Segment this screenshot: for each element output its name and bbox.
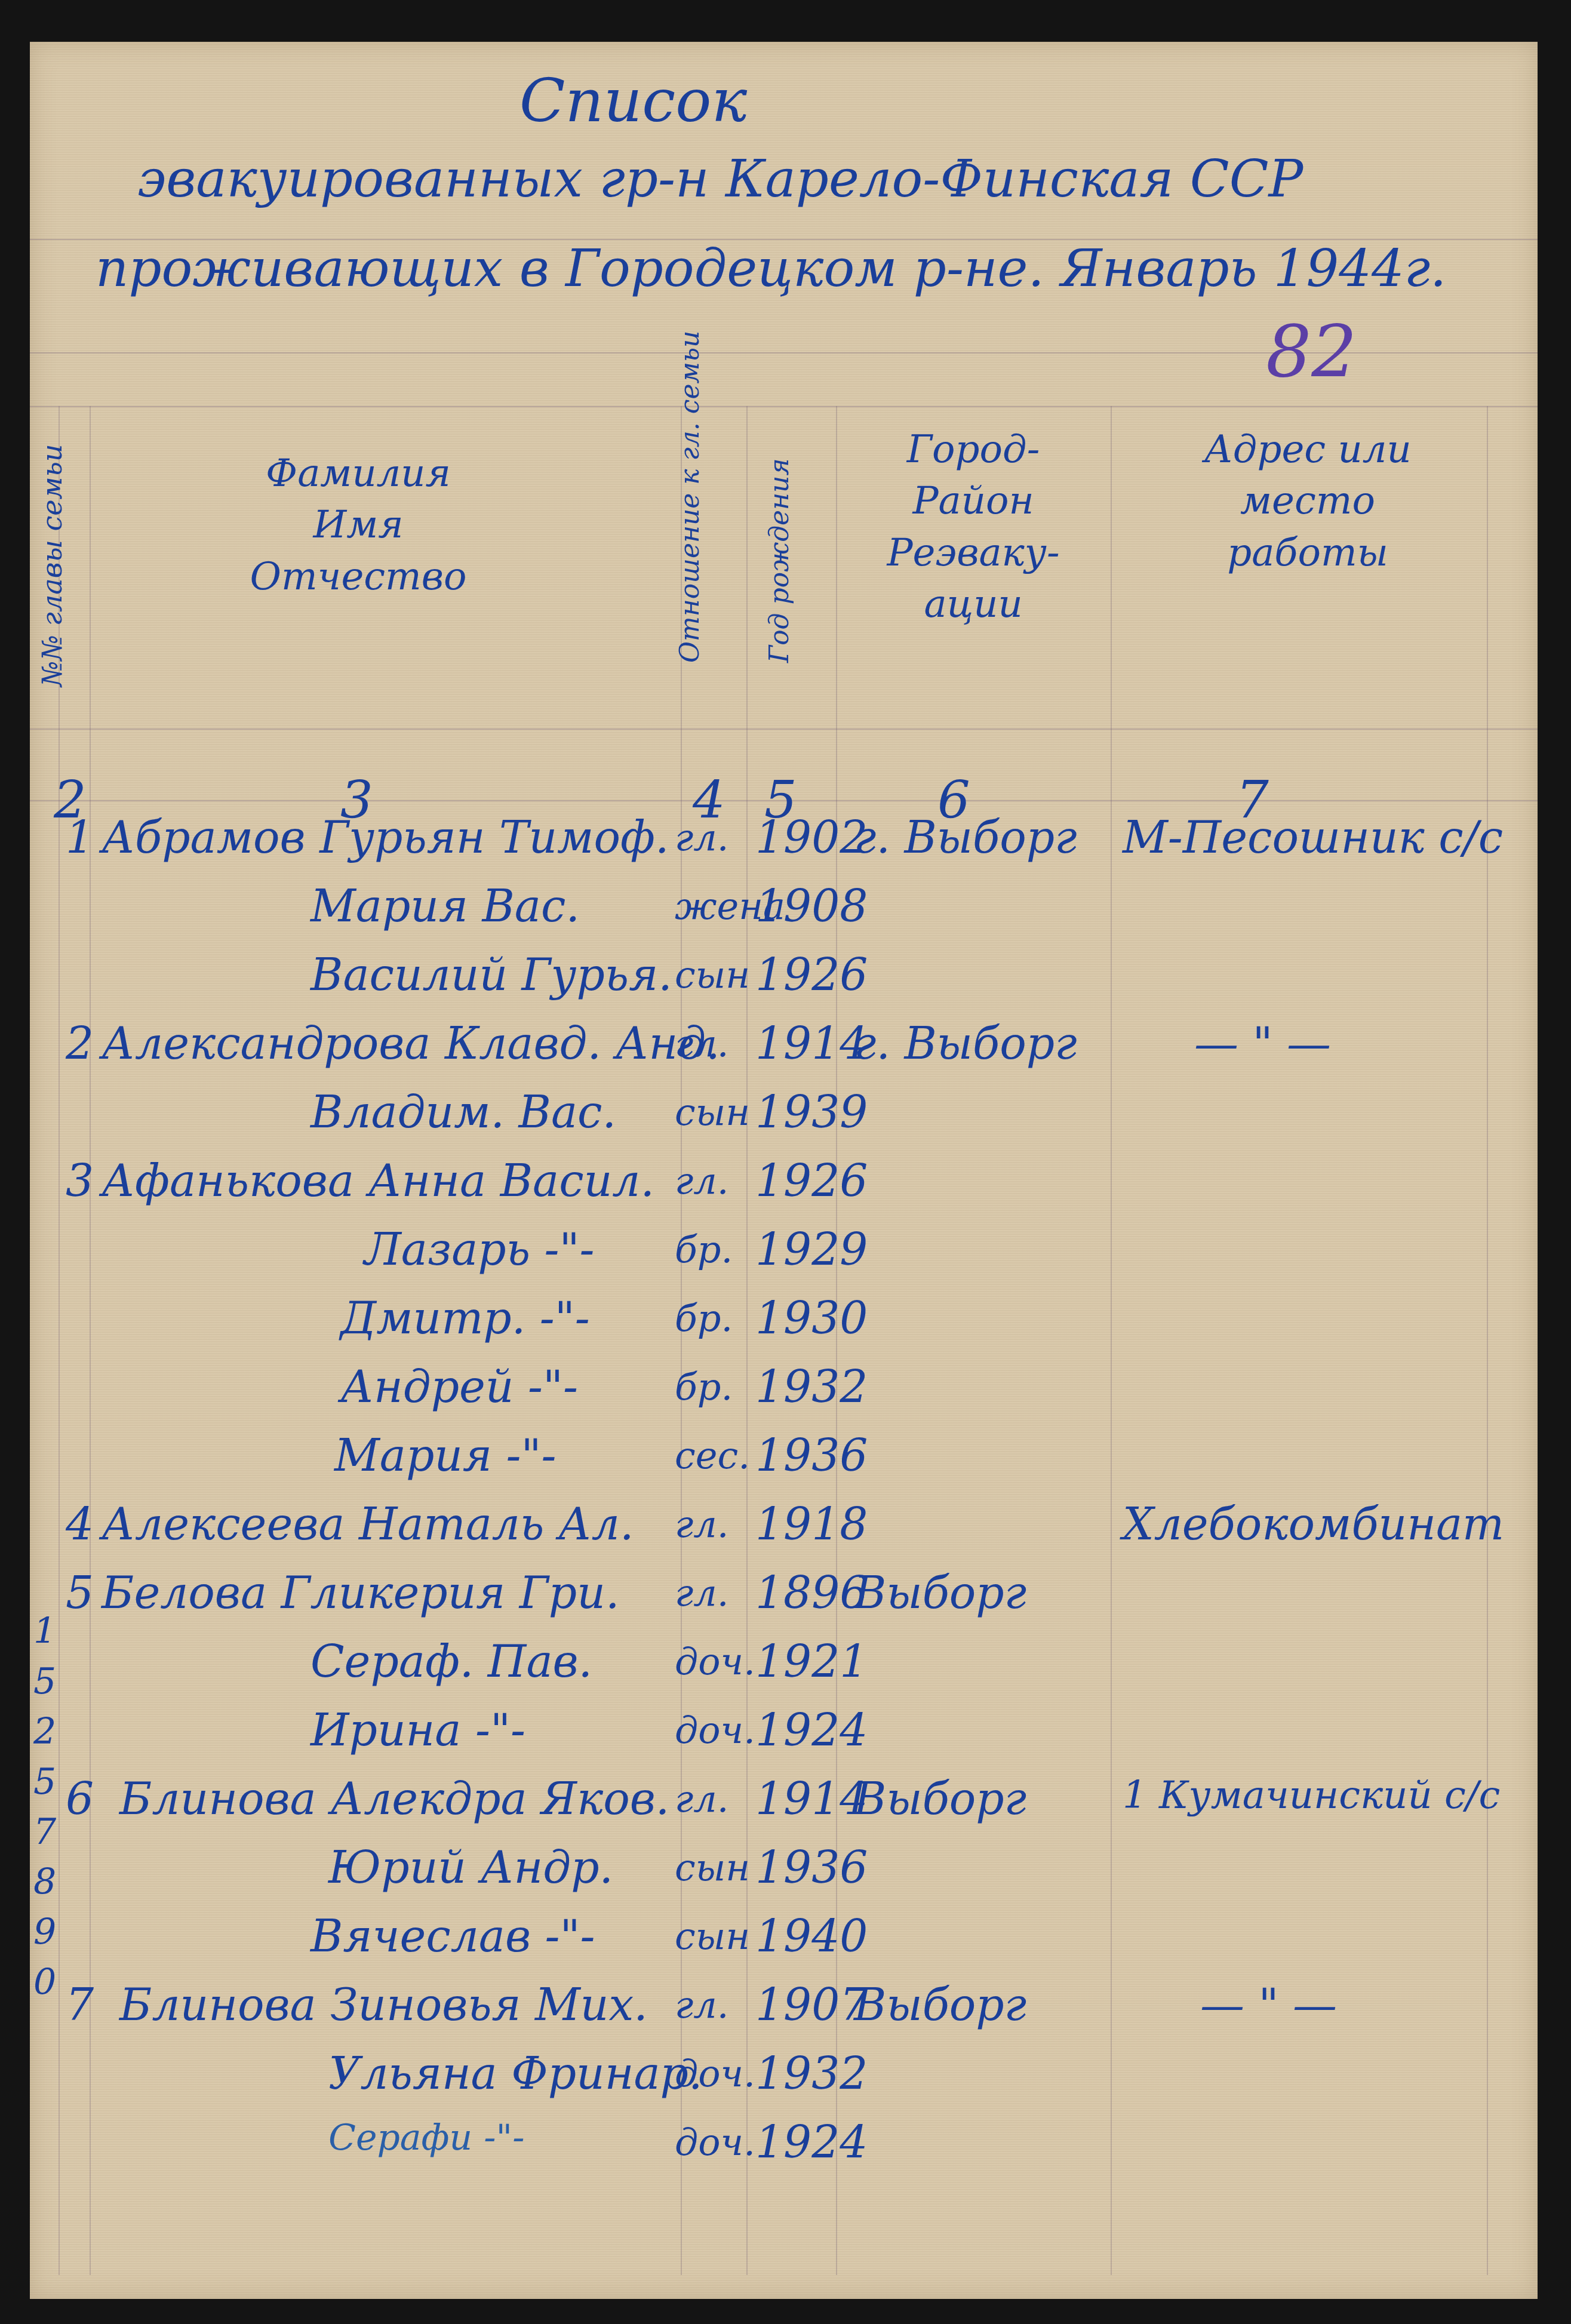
edge-fragment: 7 xyxy=(33,1807,85,1857)
table-row: 1 Абрамов Гурьян Тимоф. гл. 1902 г. Выбо… xyxy=(30,812,1538,867)
edge-fragment: 2 xyxy=(33,1707,85,1757)
full-name: Вячеслав -"- xyxy=(310,1911,595,1962)
birth-year: 1936 xyxy=(755,1842,868,1893)
reevacuation-city: Выборг xyxy=(854,1773,1026,1825)
relation: бр. xyxy=(675,1228,733,1271)
table-row: Мария -"- сес. 1936 xyxy=(30,1430,1538,1485)
family-number: 4 xyxy=(66,1499,94,1550)
header-reevacuation: Город- Район Реэваку- ации xyxy=(842,424,1105,631)
header-full-name-line: Фамилия xyxy=(149,448,567,499)
full-name: Мария -"- xyxy=(334,1430,556,1481)
birth-year: 1924 xyxy=(755,2117,868,2168)
birth-year: 1924 xyxy=(755,1705,868,1756)
table-row: Ирина -"- доч. 1924 xyxy=(30,1705,1538,1760)
header-birth-year: Год рождения xyxy=(764,458,795,663)
edge-fragment: 8 xyxy=(33,1857,85,1907)
header-reevacuation-line: Район xyxy=(842,475,1105,527)
table-row: Василий Гурья. сын 1926 xyxy=(30,949,1538,1004)
header-address-line: работы xyxy=(1123,527,1493,579)
document-page: Список эвакуированных гр-н Карело-Финска… xyxy=(30,42,1538,2299)
title-line-1: Список xyxy=(519,66,747,136)
full-name: Ульяна Фринар. xyxy=(328,2048,702,2099)
birth-year: 1932 xyxy=(755,2048,868,2099)
edge-fragments: 1 5 2 5 7 8 9 0 xyxy=(61,1606,85,2008)
full-name: Андрей -"- xyxy=(340,1361,578,1413)
relation: доч. xyxy=(675,1640,755,1683)
birth-year: 1932 xyxy=(755,1361,868,1413)
table-row: Серафи -"- доч. 1924 xyxy=(30,2117,1538,2172)
address: 1 Кумачинский с/с xyxy=(1123,1773,1500,1818)
table-row: 7 Блинова Зиновья Мих. гл. 1907 Выборг —… xyxy=(30,1979,1538,2034)
relation: доч. xyxy=(675,2052,755,2095)
birth-year: 1921 xyxy=(755,1636,868,1687)
birth-year: 1914 xyxy=(755,1018,868,1069)
full-name: Владим. Вас. xyxy=(310,1087,616,1138)
birth-year: 1929 xyxy=(755,1224,868,1275)
ruled-line xyxy=(30,728,1538,730)
header-reevacuation-line: Реэваку- xyxy=(842,527,1105,579)
address: — " — xyxy=(1200,1979,1337,2031)
full-name: Афанькова Анна Васил. xyxy=(102,1155,654,1207)
full-name: Юрий Андр. xyxy=(328,1842,613,1893)
birth-year: 1930 xyxy=(755,1293,868,1344)
full-name: Серафи -"- xyxy=(328,2117,524,2159)
relation: доч. xyxy=(675,1708,755,1752)
birth-year: 1908 xyxy=(755,881,868,932)
table-row: Сераф. Пав. доч. 1921 xyxy=(30,1636,1538,1691)
relation: гл. xyxy=(675,1571,729,1615)
family-number: 1 xyxy=(66,812,94,863)
relation: гл. xyxy=(675,1983,729,2027)
table-row: 4 Алексеева Наталь Ал. гл. 1918 Хлебоком… xyxy=(30,1499,1538,1554)
header-address-line: место xyxy=(1123,475,1493,527)
header-family-head-no: №№ главы семьи xyxy=(36,444,68,687)
family-number: 3 xyxy=(66,1155,94,1207)
reevacuation-city: Выборг xyxy=(854,1979,1026,2031)
birth-year: 1914 xyxy=(755,1773,868,1825)
table-row: Лазарь -"- бр. 1929 xyxy=(30,1224,1538,1279)
edge-fragment: 1 xyxy=(33,1606,85,1656)
header-address: Адрес или место работы xyxy=(1123,424,1493,579)
birth-year: 1907 xyxy=(755,1979,868,2031)
relation: гл. xyxy=(675,1022,729,1065)
relation: сын xyxy=(675,1846,750,1889)
title-line-2: эвакуированных гр-н Карело-Финская ССР xyxy=(137,149,1303,209)
page-number: 82 xyxy=(1266,311,1357,394)
header-reevacuation-line: ации xyxy=(842,579,1105,630)
edge-fragment: 9 xyxy=(33,1907,85,1957)
birth-year: 1926 xyxy=(755,1155,868,1207)
relation: сын xyxy=(675,953,750,997)
full-name: Абрамов Гурьян Тимоф. xyxy=(102,812,669,863)
birth-year: 1902 xyxy=(755,812,868,863)
relation: гл. xyxy=(675,1502,729,1546)
full-name: Алексеева Наталь Ал. xyxy=(102,1499,634,1550)
table-row: Вячеслав -"- сын 1940 xyxy=(30,1911,1538,1966)
full-name: Александрова Клавд. Анд. xyxy=(102,1018,720,1069)
table-row: Дмитр. -"- бр. 1930 xyxy=(30,1293,1538,1348)
table-row: Юрий Андр. сын 1936 xyxy=(30,1842,1538,1897)
full-name: Сераф. Пав. xyxy=(310,1636,592,1687)
birth-year: 1926 xyxy=(755,949,868,1001)
table-row: 6 Блинова Алекдра Яков. гл. 1914 Выборг … xyxy=(30,1773,1538,1828)
relation: сес. xyxy=(675,1434,750,1477)
reevacuation-city: г. Выборг xyxy=(854,1018,1077,1069)
table-row: Владим. Вас. сын 1939 xyxy=(30,1087,1538,1142)
full-name: Ирина -"- xyxy=(310,1705,525,1756)
relation: доч. xyxy=(675,2120,755,2164)
table-row: Ульяна Фринар. доч. 1932 xyxy=(30,2048,1538,2103)
address: Хлебокомбинат xyxy=(1123,1499,1504,1550)
reevacuation-city: Выборг xyxy=(854,1567,1026,1619)
header-full-name-line: Отчество xyxy=(149,551,567,602)
relation: сын xyxy=(675,1090,750,1134)
title-line-3: проживающих в Городецком р-не. Январь 19… xyxy=(96,239,1446,299)
full-name: Мария Вас. xyxy=(310,881,580,932)
full-name: Лазарь -"- xyxy=(364,1224,595,1275)
table-row: Андрей -"- бр. 1932 xyxy=(30,1361,1538,1416)
relation: гл. xyxy=(675,816,729,859)
birth-year: 1896 xyxy=(755,1567,868,1619)
table-row: 5 Белова Гликерия Гри. гл. 1896 Выборг xyxy=(30,1567,1538,1622)
full-name: Василий Гурья. xyxy=(310,949,672,1001)
header-full-name-line: Имя xyxy=(149,499,567,551)
edge-fragment: 0 xyxy=(33,1957,85,2008)
reevacuation-city: г. Выборг xyxy=(854,812,1077,863)
address: — " — xyxy=(1194,1018,1331,1069)
header-full-name: Фамилия Имя Отчество xyxy=(149,448,567,602)
header-address-line: Адрес или xyxy=(1123,424,1493,475)
edge-fragment: 5 xyxy=(33,1757,85,1807)
birth-year: 1918 xyxy=(755,1499,868,1550)
birth-year: 1939 xyxy=(755,1087,868,1138)
full-name: Белова Гликерия Гри. xyxy=(102,1567,619,1619)
header-relation: Отношение к гл. семьи xyxy=(675,331,705,663)
full-name: Блинова Алекдра Яков. xyxy=(119,1773,669,1825)
table-row: 3 Афанькова Анна Васил. гл. 1926 xyxy=(30,1155,1538,1210)
birth-year: 1936 xyxy=(755,1430,868,1481)
edge-fragment: 5 xyxy=(33,1656,85,1707)
full-name: Дмитр. -"- xyxy=(340,1293,590,1344)
table-row: 2 Александрова Клавд. Анд. гл. 1914 г. В… xyxy=(30,1018,1538,1073)
ruled-line xyxy=(30,406,1538,407)
address: М-Песошник с/с xyxy=(1123,812,1503,863)
table-row: Мария Вас. жена 1908 xyxy=(30,881,1538,936)
header-reevacuation-line: Город- xyxy=(842,424,1105,475)
family-number: 2 xyxy=(66,1018,94,1069)
relation: гл. xyxy=(675,1159,729,1203)
birth-year: 1940 xyxy=(755,1911,868,1962)
relation: бр. xyxy=(675,1365,733,1409)
relation: гл. xyxy=(675,1777,729,1821)
relation: сын xyxy=(675,1914,750,1958)
full-name: Блинова Зиновья Мих. xyxy=(119,1979,648,2031)
relation: бр. xyxy=(675,1296,733,1340)
